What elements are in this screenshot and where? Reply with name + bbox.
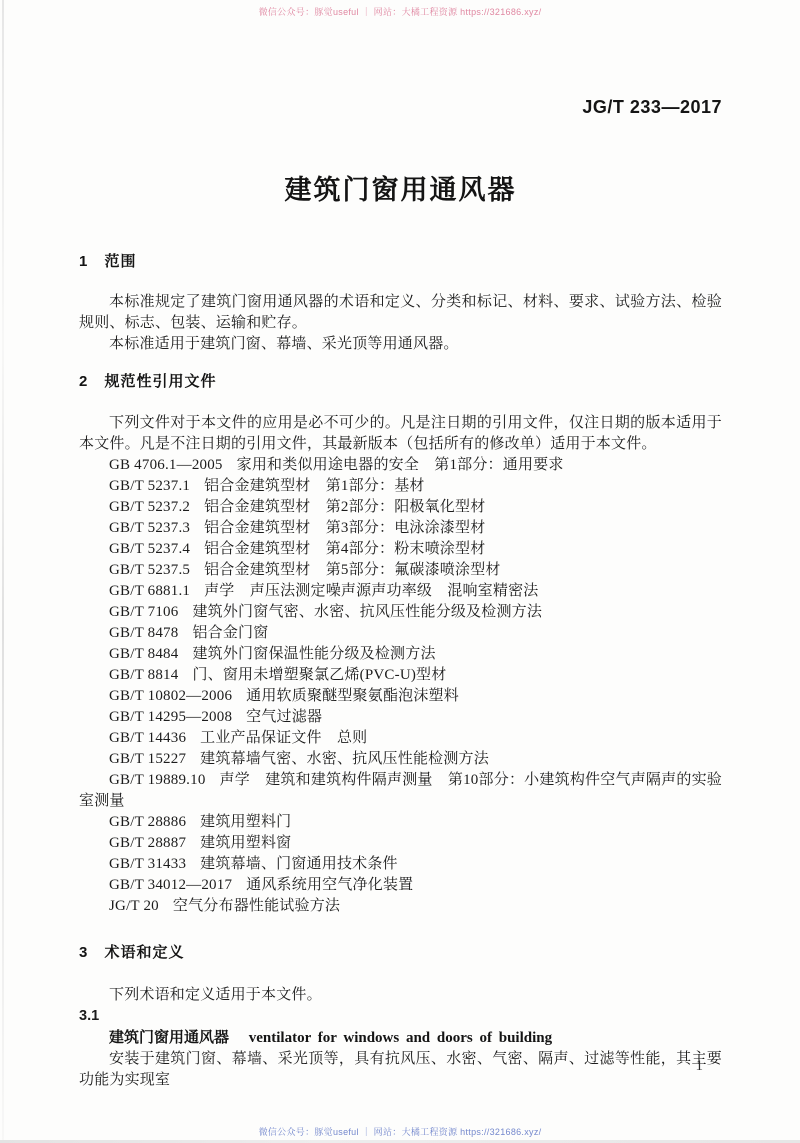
section-2-number: 2 [79, 373, 87, 390]
watermark-top: 微信公众号：豚觉useful ｜ 网站：大橘工程资源 https://32168… [0, 5, 800, 18]
section-3-heading: 3 术语和定义 [79, 944, 722, 961]
reference-code: GB/T 19889.10 [109, 772, 206, 788]
reference-code: GB/T 8484 [109, 646, 178, 662]
reference-code: GB/T 5237.4 [109, 541, 190, 557]
reference-code: GB 4706.1—2005 [109, 457, 223, 473]
section-2-heading: 2 规范性引用文件 [79, 373, 722, 390]
section-3-title: 术语和定义 [105, 944, 185, 961]
section-1-body: 本标准规定了建筑门窗用通风器的术语和定义、分类和标记、材料、要求、试验方法、检验… [79, 292, 722, 355]
reference-code: GB/T 10802—2006 [109, 688, 232, 704]
scope-paragraph-1: 本标准规定了建筑门窗用通风器的术语和定义、分类和标记、材料、要求、试验方法、检验… [79, 292, 722, 334]
term-chinese: 建筑门窗用通风器 [109, 1029, 229, 1046]
reference-item: GB/T 7106建筑外门窗气密、水密、抗风压性能分级及检测方法 [79, 602, 722, 623]
reference-title: 通用软质聚醚型聚氨酯泡沫塑料 [246, 688, 459, 704]
term-definition-heading: 建筑门窗用通风器 ventilator for windows and door… [79, 1027, 722, 1049]
section-1-heading: 1 范围 [79, 253, 722, 270]
reference-title: 建筑外门窗气密、水密、抗风压性能分级及检测方法 [192, 604, 542, 620]
reference-item: GB/T 19889.10声学 建筑和建筑构件隔声测量 第10部分：小建筑构件空… [79, 770, 722, 812]
reference-title: 铝合金建筑型材 第5部分：氟碳漆喷涂型材 [204, 562, 501, 578]
reference-code: GB/T 5237.2 [109, 499, 190, 515]
reference-title: 建筑用塑料窗 [200, 835, 291, 851]
reference-item: GB/T 5237.2铝合金建筑型材 第2部分：阳极氧化型材 [79, 497, 722, 518]
document-title: 建筑门窗用通风器 [79, 168, 722, 207]
reference-item: JG/T 20空气分布器性能试验方法 [79, 896, 722, 917]
reference-title: 铝合金建筑型材 第1部分：基材 [204, 478, 425, 494]
reference-code: GB/T 28887 [109, 835, 186, 851]
reference-item: GB/T 8478铝合金门窗 [79, 623, 722, 644]
reference-code: GB/T 31433 [109, 856, 186, 872]
reference-item: GB/T 5237.3铝合金建筑型材 第3部分：电泳涂漆型材 [79, 518, 722, 539]
reference-title: 建筑用塑料门 [200, 814, 291, 830]
reference-item: GB/T 31433建筑幕墙、门窗通用技术条件 [79, 854, 722, 875]
section-3-body: 下列术语和定义适用于本文件。 3.1 建筑门窗用通风器 ventilator f… [79, 985, 722, 1091]
section-3-number: 3 [79, 944, 87, 961]
reference-item: GB/T 8814门、窗用未增塑聚氯乙烯(PVC-U)型材 [79, 665, 722, 686]
reference-title: 建筑幕墙、门窗通用技术条件 [200, 856, 398, 872]
scan-edge-left [2, 0, 4, 1143]
reference-code: GB/T 7106 [109, 604, 178, 620]
reference-code: GB/T 8478 [109, 625, 178, 641]
reference-item: GB/T 15227建筑幕墙气密、水密、抗风压性能检测方法 [79, 749, 722, 770]
term-definition-text: 安装于建筑门窗、幕墙、采光顶等，具有抗风压、水密、气密、隔声、过滤等性能，其主要… [79, 1049, 722, 1091]
reference-item: GB/T 5237.1铝合金建筑型材 第1部分：基材 [79, 476, 722, 497]
reference-code: GB/T 28886 [109, 814, 186, 830]
reference-code: GB/T 14436 [109, 730, 186, 746]
reference-title: 铝合金建筑型材 第3部分：电泳涂漆型材 [204, 520, 485, 536]
reference-item: GB/T 8484建筑外门窗保温性能分级及检测方法 [79, 644, 722, 665]
reference-item: GB/T 28886建筑用塑料门 [79, 812, 722, 833]
scope-paragraph-2: 本标准适用于建筑门窗、幕墙、采光顶等用通风器。 [79, 334, 722, 355]
reference-item: GB/T 10802—2006通用软质聚醚型聚氨酯泡沫塑料 [79, 686, 722, 707]
reference-code: GB/T 8814 [109, 667, 178, 683]
watermark-bottom: 微信公众号：豚觉useful ｜ 网站：大橘工程资源 https://32168… [0, 1125, 800, 1138]
reference-item: GB 4706.1—2005家用和类似用途电器的安全 第1部分：通用要求 [79, 455, 722, 476]
reference-item: GB/T 5237.5铝合金建筑型材 第5部分：氟碳漆喷涂型材 [79, 560, 722, 581]
reference-code: GB/T 6881.1 [109, 583, 190, 599]
reference-title: 铝合金建筑型材 第4部分：粉末喷涂型材 [204, 541, 485, 557]
reference-title: 建筑外门窗保温性能分级及检测方法 [192, 646, 435, 662]
reference-item: GB/T 28887建筑用塑料窗 [79, 833, 722, 854]
reference-title: 声学 声压法测定噪声源声功率级 混响室精密法 [204, 583, 538, 599]
reference-item: GB/T 5237.4铝合金建筑型材 第4部分：粉末喷涂型材 [79, 539, 722, 560]
reference-item: GB/T 14436工业产品保证文件 总则 [79, 728, 722, 749]
reference-code: GB/T 5237.5 [109, 562, 190, 578]
reference-title: 空气过滤器 [246, 709, 322, 725]
reference-title: 铝合金门窗 [192, 625, 268, 641]
reference-code: GB/T 14295—2008 [109, 709, 232, 725]
reference-item: GB/T 6881.1声学 声压法测定噪声源声功率级 混响室精密法 [79, 581, 722, 602]
reference-code: GB/T 15227 [109, 751, 186, 767]
terms-intro: 下列术语和定义适用于本文件。 [79, 985, 722, 1006]
reference-code: GB/T 5237.3 [109, 520, 190, 536]
references-intro: 下列文件对于本文件的应用是必不可少的。凡是注日期的引用文件，仅注日期的版本适用于… [79, 413, 722, 455]
section-1-number: 1 [79, 253, 87, 270]
page-content: JG/T 233—2017 建筑门窗用通风器 1 范围 本标准规定了建筑门窗用通… [0, 0, 800, 1091]
reference-code: GB/T 5237.1 [109, 478, 190, 494]
document-page: 微信公众号：豚觉useful ｜ 网站：大橘工程资源 https://32168… [0, 0, 800, 1143]
reference-title: 建筑幕墙气密、水密、抗风压性能检测方法 [200, 751, 489, 767]
reference-title: 空气分布器性能试验方法 [173, 898, 340, 914]
section-2-title: 规范性引用文件 [105, 373, 217, 390]
section-2-body: 下列文件对于本文件的应用是必不可少的。凡是注日期的引用文件，仅注日期的版本适用于… [79, 413, 722, 917]
page-number: 1 [696, 1058, 704, 1075]
reference-title: 通风系统用空气净化装置 [246, 877, 413, 893]
reference-item: GB/T 34012—2017通风系统用空气净化装置 [79, 875, 722, 896]
term-english: ventilator for windows and doors of buil… [249, 1030, 552, 1046]
reference-code: JG/T 20 [109, 898, 159, 914]
reference-title: 工业产品保证文件 总则 [200, 730, 367, 746]
reference-title: 门、窗用未增塑聚氯乙烯(PVC-U)型材 [192, 667, 446, 683]
reference-title: 家用和类似用途电器的安全 第1部分：通用要求 [237, 457, 564, 473]
reference-item: GB/T 14295—2008空气过滤器 [79, 707, 722, 728]
section-1-title: 范围 [105, 253, 137, 270]
reference-title: 铝合金建筑型材 第2部分：阳极氧化型材 [204, 499, 485, 515]
reference-code: GB/T 34012—2017 [109, 877, 232, 893]
clause-number: 3.1 [79, 1006, 722, 1027]
